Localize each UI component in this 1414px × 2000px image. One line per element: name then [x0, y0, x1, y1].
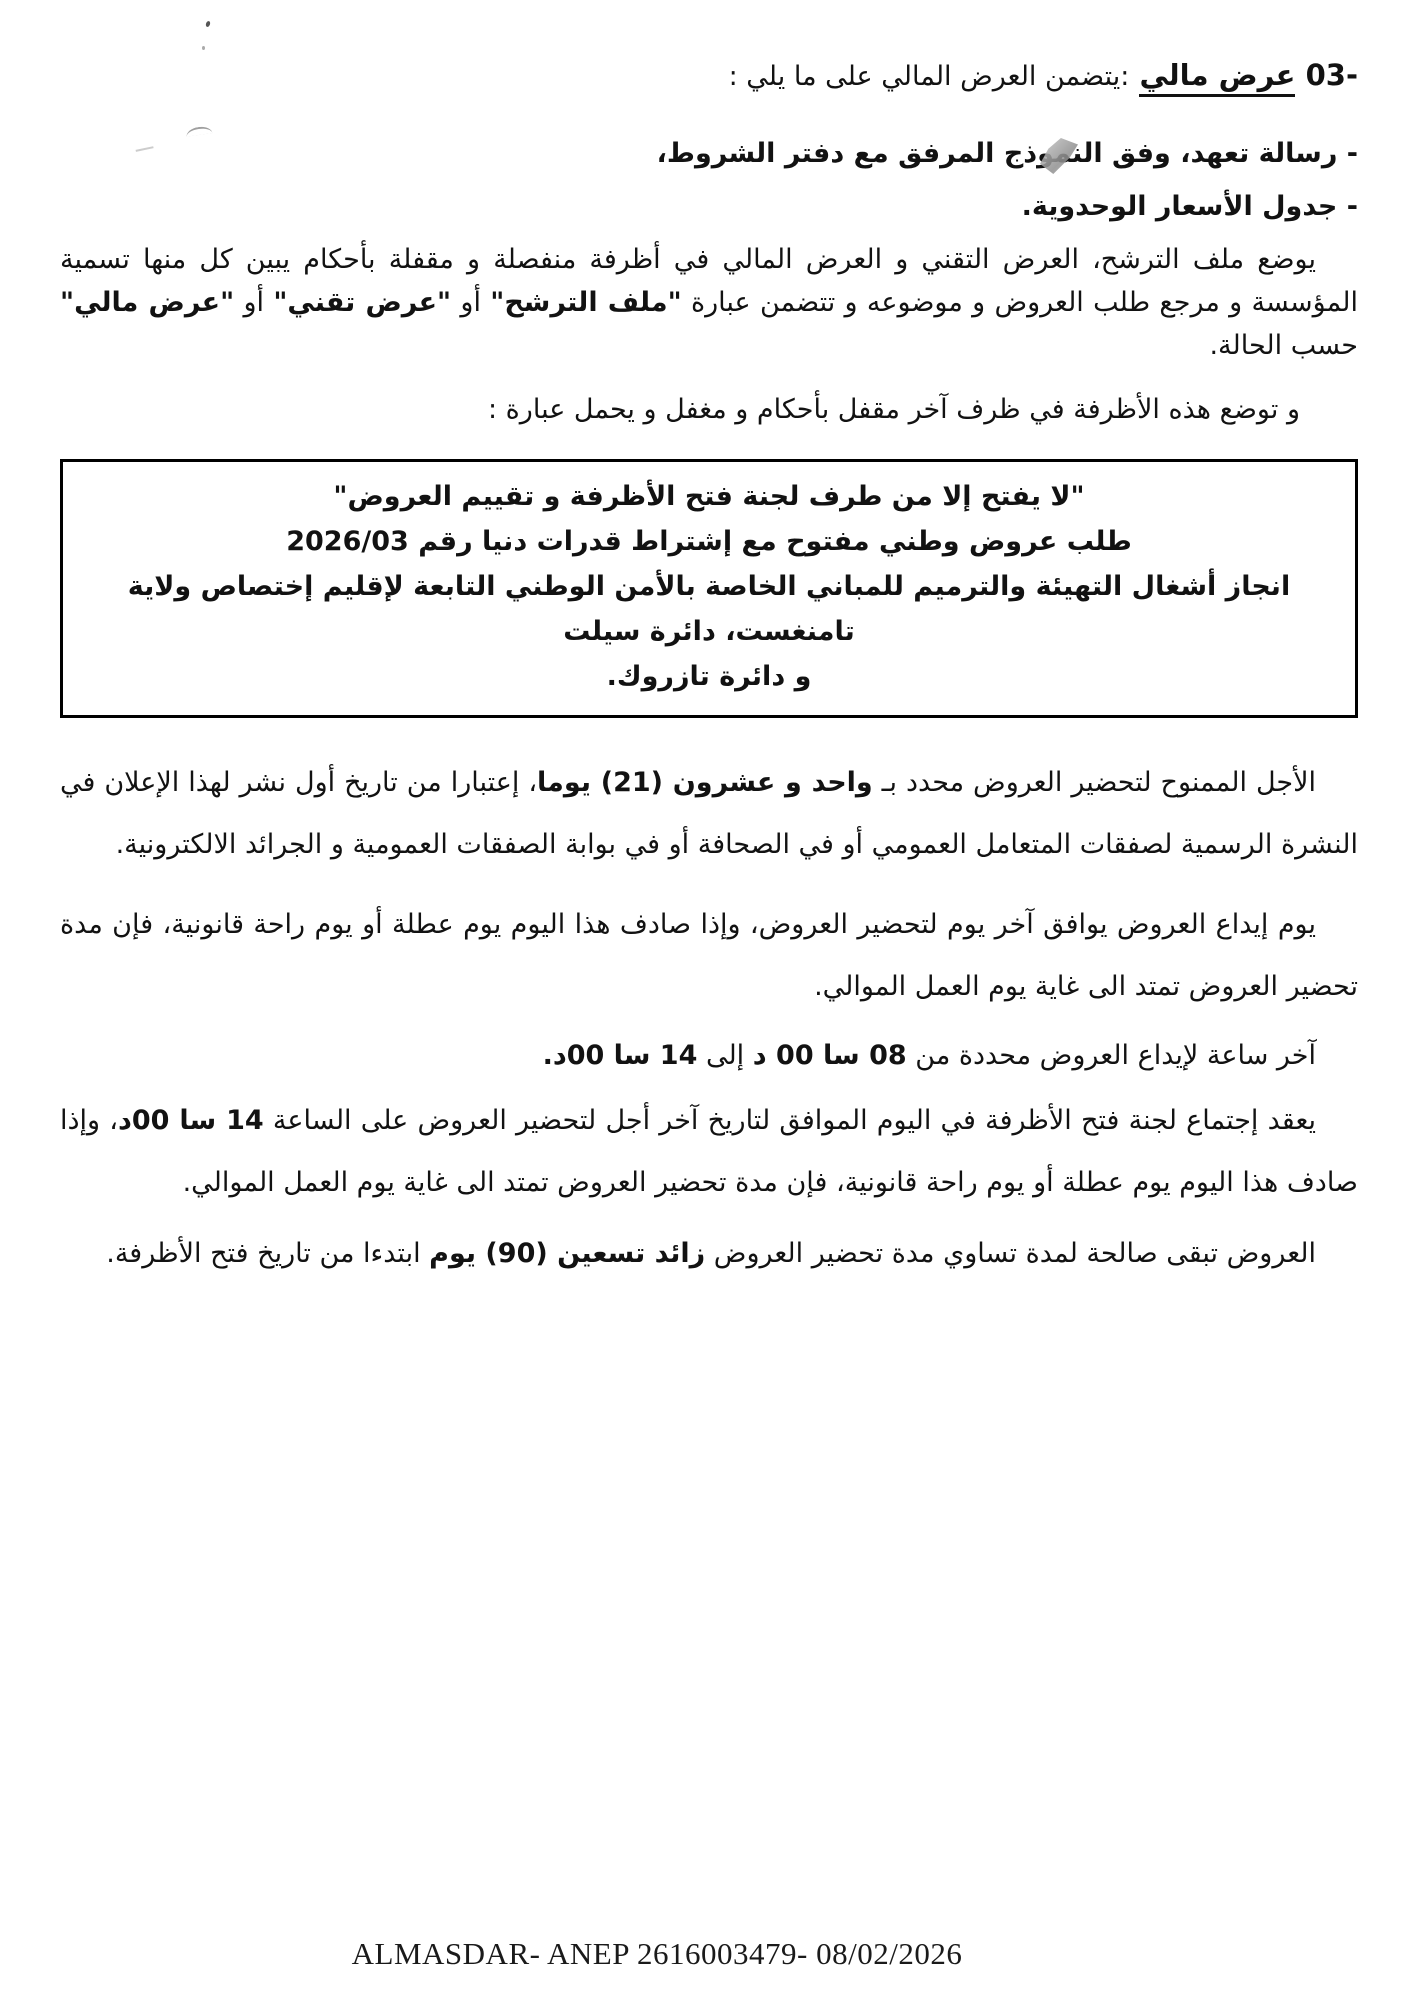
bullet-engagement-letter: - رسالة تعهد، وفق النموذج المرفق مع دفتر… — [60, 138, 1358, 169]
deadline-text: الأجل الممنوح لتحضير العروض محدد بـ — [873, 767, 1316, 798]
para-envelope-labeling: يوضع ملف الترشح، العرض التقني و العرض ال… — [60, 238, 1358, 367]
validity-text: العروض تبقى صالحة لمدة تساوي مدة تحضير ا… — [705, 1238, 1316, 1269]
phrase-technical-offer: "عرض تقني" — [273, 287, 451, 318]
validity-duration: زائد تسعين (90) يوم — [429, 1238, 705, 1269]
box-project-line-2: و دائرة تازروك. — [77, 654, 1341, 699]
hours-start-time: 08 سا 00 د — [753, 1040, 907, 1071]
scanned-tender-notice-page: 03- عرض مالي :يتضمن العرض المالي على ما … — [0, 0, 1414, 2000]
phrase-financial-offer: "عرض مالي" — [60, 287, 234, 318]
heading-title: عرض مالي — [1139, 58, 1295, 97]
para-deposit-hours: آخر ساعة لإيداع العروض محددة من 08 سا 00… — [60, 1028, 1358, 1084]
para-deposit-day: يوم إيداع العروض يوافق آخر يوم لتحضير ال… — [60, 894, 1358, 1018]
box-project-line: انجاز أشغال التهيئة والترميم للمباني الخ… — [77, 564, 1341, 654]
phrase-candidacy-file: "ملف الترشح" — [490, 287, 681, 318]
hours-text: آخر ساعة لإيداع العروض محددة من — [907, 1040, 1316, 1071]
envelope-para-text: حسب الحالة. — [1209, 330, 1358, 361]
validity-text: ابتدءا من تاريخ فتح الأظرفة. — [106, 1238, 429, 1269]
document-body: 03- عرض مالي :يتضمن العرض المالي على ما … — [0, 0, 1414, 1282]
hours-end-time: 14 سا 00د. — [543, 1040, 698, 1071]
envelope-para-text: أو — [451, 287, 490, 318]
section-heading-financial-offer: 03- عرض مالي :يتضمن العرض المالي على ما … — [60, 58, 1358, 92]
heading-rest: :يتضمن العرض المالي على ما يلي : — [729, 61, 1130, 92]
bullet-unit-prices-table: - جدول الأسعار الوحدوية. — [60, 191, 1358, 222]
box-tender-reference-line: طلب عروض وطني مفتوح مع إشتراط قدرات دنيا… — [77, 519, 1341, 564]
para-outer-envelope: و توضع هذه الأظرفة في ظرف آخر مقفل بأحكا… — [60, 387, 1358, 433]
para-offers-validity: العروض تبقى صالحة لمدة تساوي مدة تحضير ا… — [60, 1226, 1358, 1282]
envelope-para-text: أو — [234, 287, 273, 318]
opening-time: 14 سا 00د — [118, 1105, 264, 1136]
hours-text: إلى — [697, 1040, 752, 1071]
footer-anep-credit: ALMASDAR- ANEP 2616003479- 08/02/2026 — [0, 1936, 1364, 1972]
scan-speck-artifact — [202, 46, 205, 50]
box-warning-line: "لا يفتح إلا من طرف لجنة فتح الأظرفة و ت… — [77, 474, 1341, 519]
deadline-duration: واحد و عشرون (21) يوما — [537, 767, 873, 798]
heading-number: 03- — [1306, 58, 1358, 92]
notice-box: "لا يفتح إلا من طرف لجنة فتح الأظرفة و ت… — [60, 459, 1358, 718]
opening-text: يعقد إجتماع لجنة فتح الأظرفة في اليوم ال… — [264, 1105, 1316, 1136]
para-opening-committee: يعقد إجتماع لجنة فتح الأظرفة في اليوم ال… — [60, 1090, 1358, 1214]
para-preparation-deadline: الأجل الممنوح لتحضير العروض محدد بـ واحد… — [60, 752, 1358, 876]
